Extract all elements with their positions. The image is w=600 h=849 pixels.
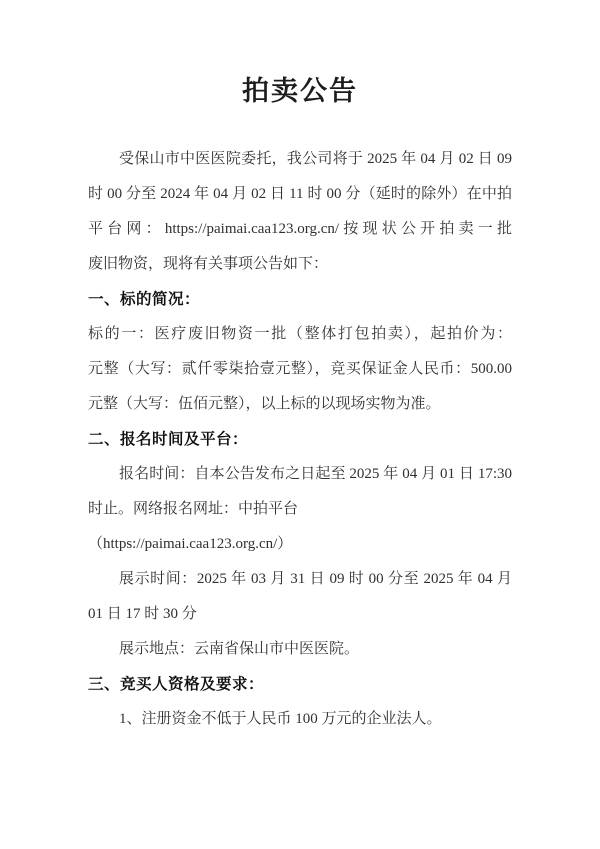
section-2-line: 报名时间：自本公告发布之日起至 2025 年 04 月 01 日 17:30 [88,457,512,492]
intro-line-2: 时 00 分至 2024 年 04 月 02 日 11 时 00 分（延时的除外… [88,177,512,212]
auction-notice-page: 拍卖公告 受保山市中医医院委托，我公司将于 2025 年 04 月 02 日 0… [0,0,600,849]
section-1-line: 标的一：医疗废旧物资一批（整体打包拍卖），起拍价为：2071.00 [88,317,512,352]
document-title: 拍卖公告 [0,69,600,108]
section-2-line-url: （https://paimai.caa123.org.cn/） [88,527,512,562]
intro-line-4: 废旧物资，现将有关事项公告如下： [88,247,512,282]
section-2-line: 展示地点：云南省保山市中医医院。 [88,632,512,667]
section-2-line: 01 日 17 时 30 分 [88,597,512,632]
section-2-heading: 二、报名时间及平台： [88,422,512,457]
document-body: 受保山市中医医院委托，我公司将于 2025 年 04 月 02 日 09 时 0… [88,142,512,737]
section-3-line: 1、注册资金不低于人民币 100 万元的企业法人。 [88,702,512,737]
intro-line-1: 受保山市中医医院委托，我公司将于 2025 年 04 月 02 日 09 [88,142,512,177]
section-2-line: 展示时间：2025 年 03 月 31 日 09 时 00 分至 2025 年 … [88,562,512,597]
intro-line-3: 平台网：https://paimai.caa123.org.cn/按现状公开拍卖… [88,212,512,247]
section-2-line: 时止。网络报名网址：中拍平台 [88,492,512,527]
section-1-line: 元整（大写：伍佰元整），以上标的以现场实物为准。 [88,387,512,422]
section-1-line: 元整（大写：贰仟零柒拾壹元整），竞买保证金人民币：500.00 [88,352,512,387]
section-3-heading: 三、竞买人资格及要求： [88,667,512,702]
section-1-heading: 一、标的简况： [88,282,512,317]
